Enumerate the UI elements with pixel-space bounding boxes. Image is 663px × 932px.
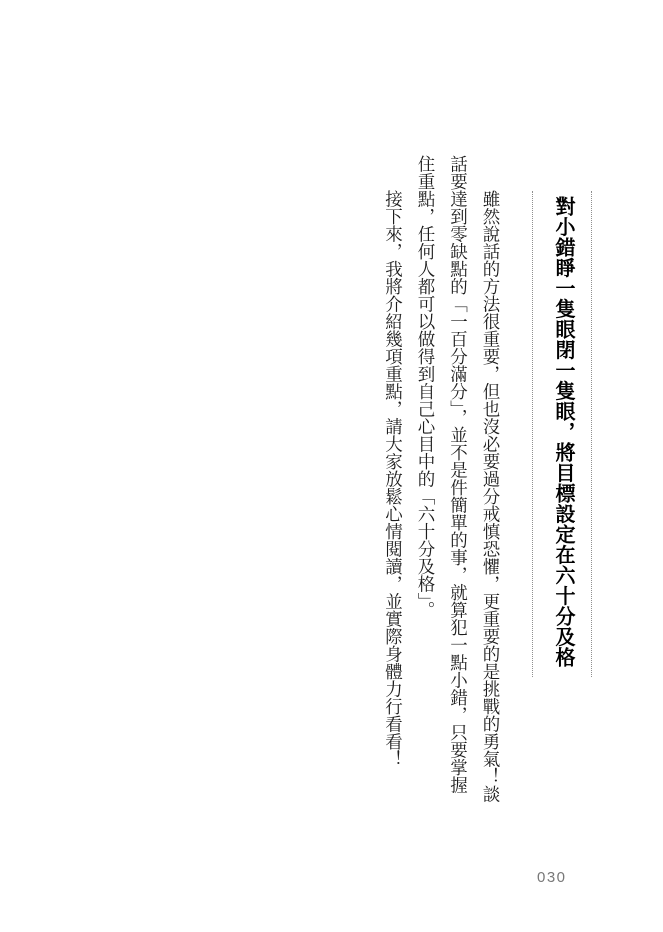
section-heading-text: 對小錯睜一隻眼閉一隻眼，將目標設定在六十分及格 (532, 191, 592, 677)
body-paragraph-1: 雖然說話的方法很重要，但也沒必要過分戒慎恐懼，更重要的是挑戰的勇氣！談話要達到零… (410, 155, 508, 805)
section-heading: 對小錯睜一隻眼閉一隻眼，將目標設定在六十分及格 (532, 155, 592, 805)
vertical-text-block: 對小錯睜一隻眼閉一隻眼，將目標設定在六十分及格 雖然說話的方法很重要，但也沒必要… (377, 155, 592, 805)
body-paragraph-2: 接下來，我將介紹幾項重點，請大家放鬆心情閱讀，並實際身體力行看看！ (377, 155, 410, 805)
page-number: 030 (537, 869, 567, 886)
book-page: 對小錯睜一隻眼閉一隻眼，將目標設定在六十分及格 雖然說話的方法很重要，但也沒必要… (0, 0, 663, 932)
